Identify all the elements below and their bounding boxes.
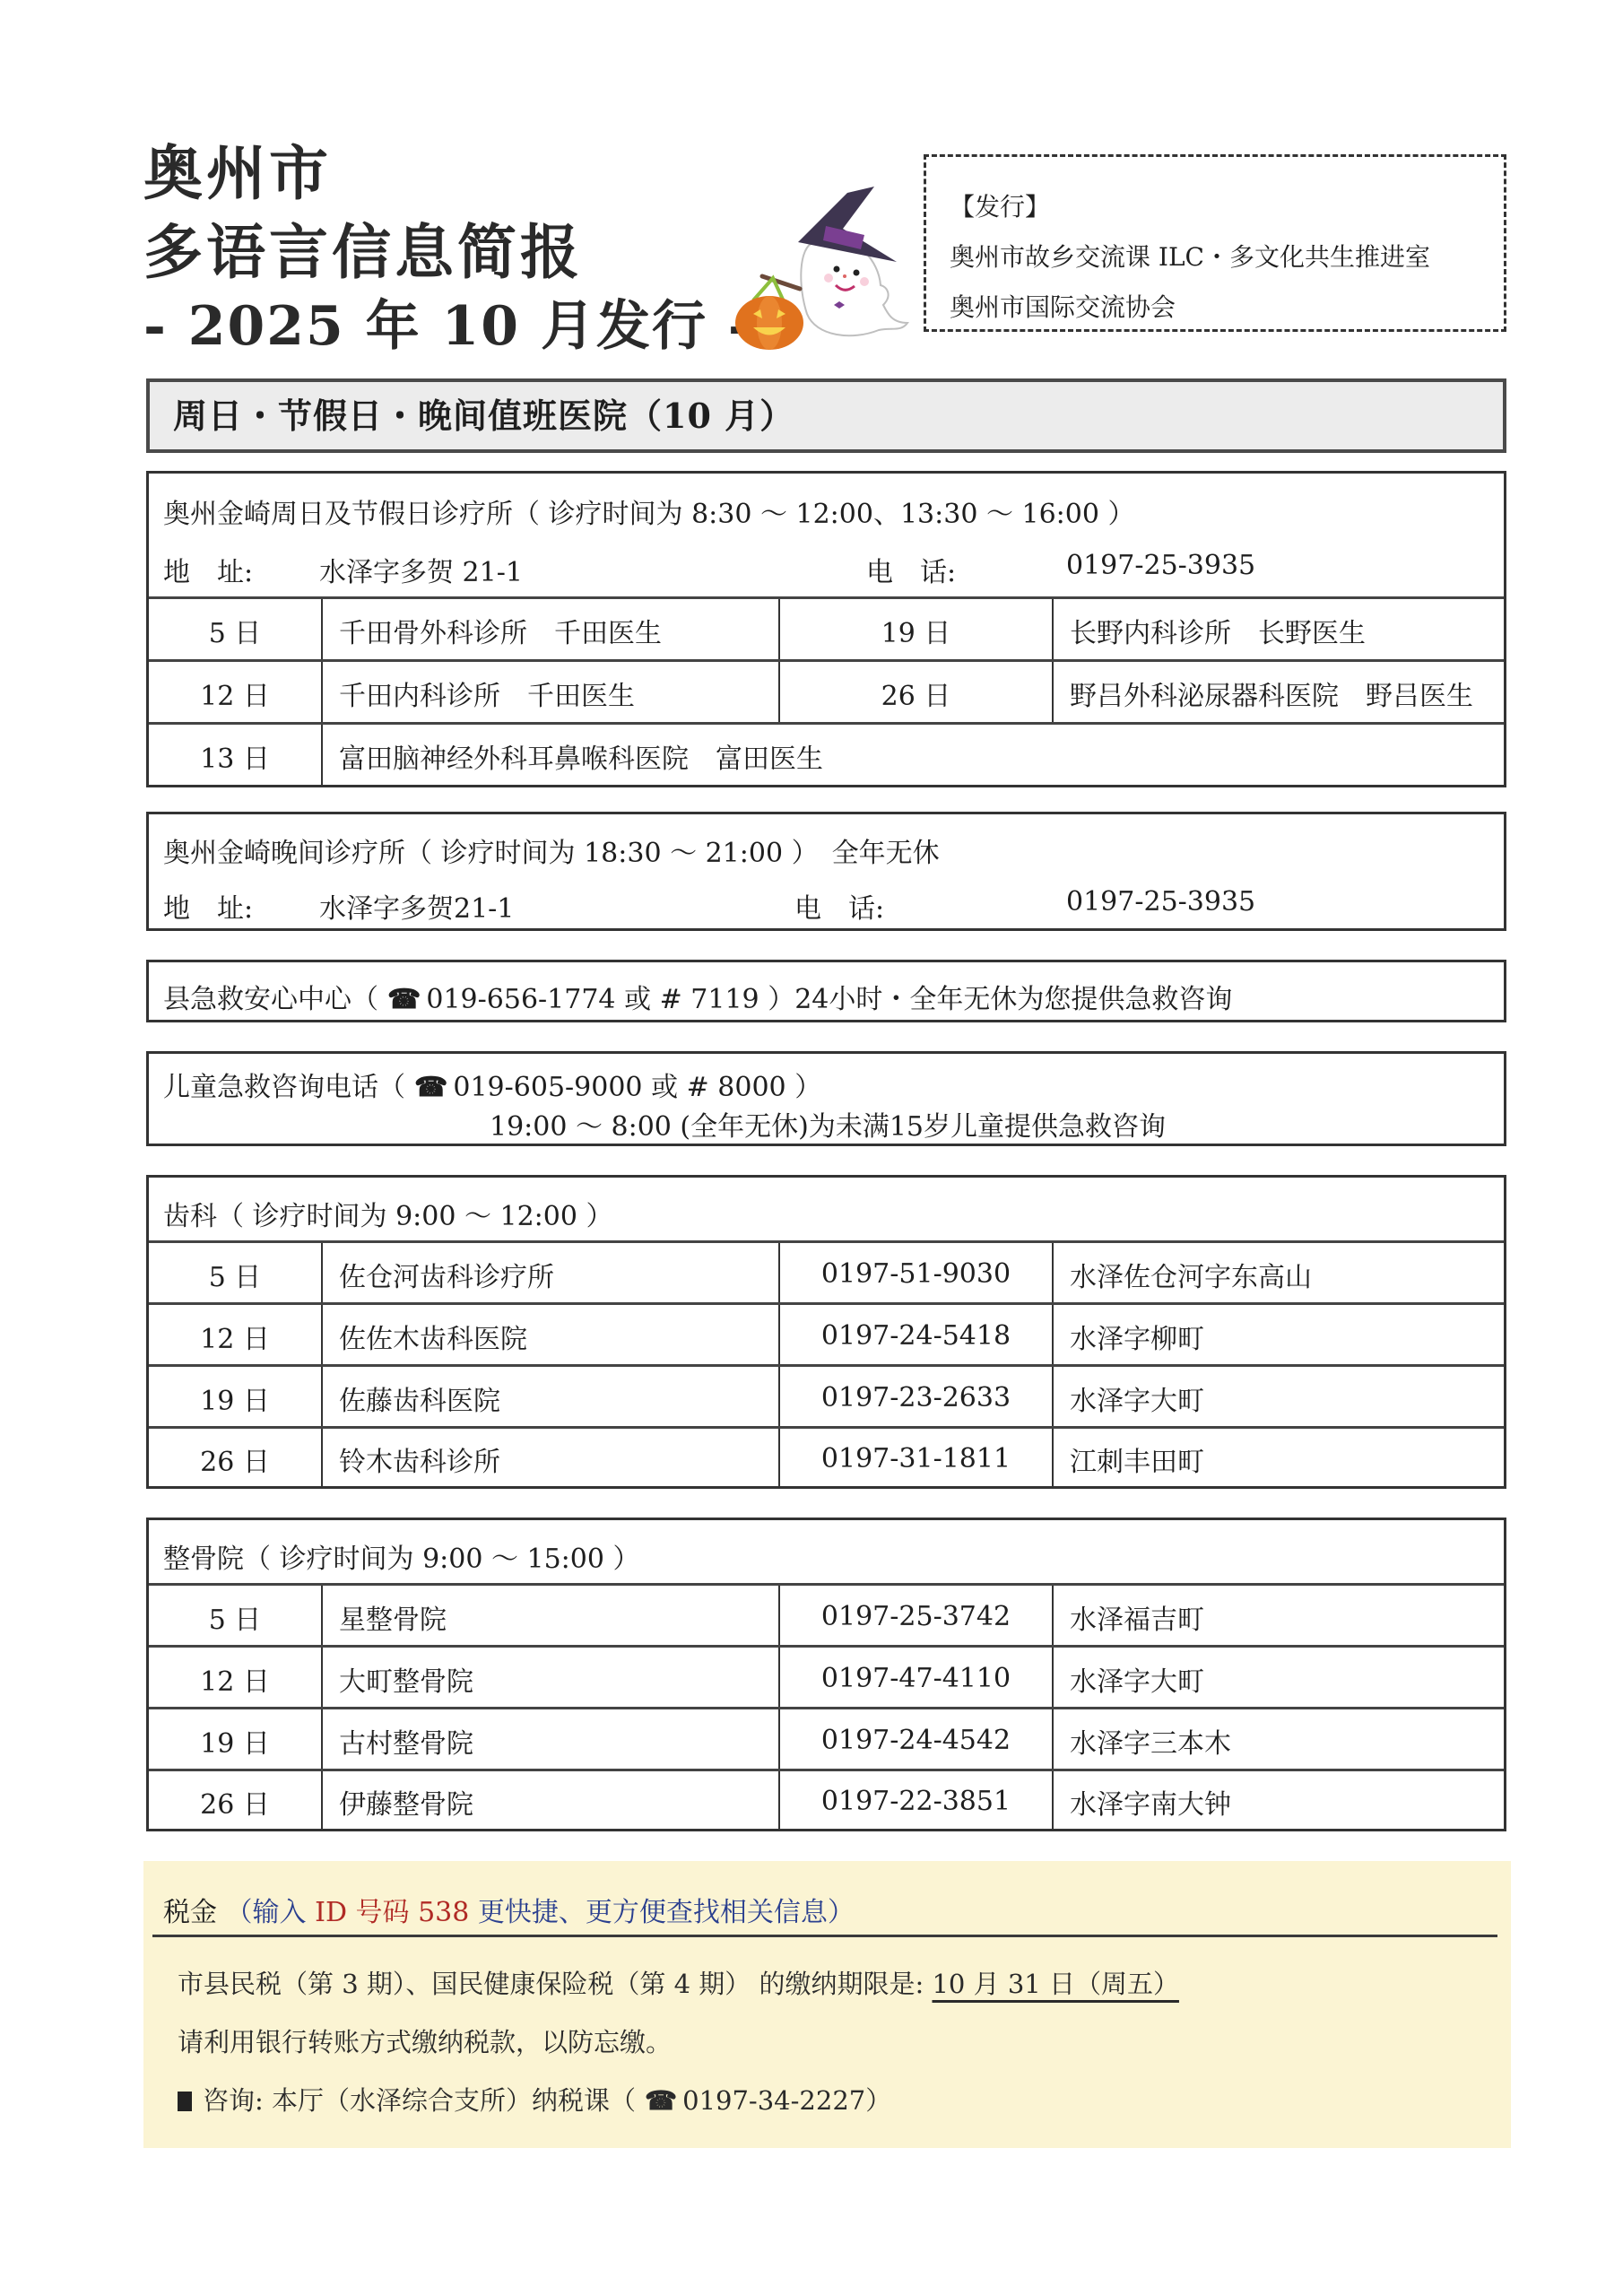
halloween-ghost-illustration <box>708 179 915 350</box>
phone-cell: 0197-23-2633 <box>778 1367 1052 1429</box>
publisher-org-ilc: 奥州市故乡交流课 ILC・多文化共生推进室 <box>950 232 1480 283</box>
table-row: 26 日 伊藤整骨院 0197-22-3851 水泽字南大钟 <box>149 1769 1504 1831</box>
address-cell: 水泽字大町 <box>1052 1367 1504 1429</box>
address-cell: 水泽福吉町 <box>1052 1586 1504 1648</box>
day-cell: 12 日 <box>149 1648 321 1709</box>
night-clinic-box: 奥州金崎晚间诊疗所（ 诊疗时间为 18:30 ～ 21:00 ） 全年无休 地 … <box>146 812 1506 931</box>
telephone-icon: ☎ <box>387 984 421 1015</box>
night-clinic-address-label: 地 址: <box>163 886 253 926</box>
child-emergency-close: ） <box>794 1072 821 1103</box>
child-emergency-short: # 8000 <box>687 1072 786 1103</box>
day-cell: 5 日 <box>149 1586 321 1648</box>
phone-cell: 0197-25-3742 <box>778 1586 1052 1648</box>
child-emergency-name: 儿童急救咨询电话（ <box>163 1072 405 1103</box>
table-row: 12 日 千田内科诊所 千田医生 26 日 野吕外科泌尿器科医院 野吕医生 <box>149 659 1504 725</box>
table-row: 12 日 佐佐木齿科医院 0197-24-5418 水泽字柳町 <box>149 1302 1504 1367</box>
publisher-label: 【发行】 <box>950 182 1480 232</box>
phone-cell: 0197-31-1811 <box>778 1429 1052 1489</box>
table-row: 19 日 古村整骨院 0197-24-4542 水泽字三本木 <box>149 1707 1504 1771</box>
day-cell: 19 日 <box>149 1709 321 1771</box>
tax-contact-line: 咨询: 本厅（水泽综合支所）纳税课（☎0197-34-2227） <box>178 2081 891 2118</box>
name-cell: 铃木齿科诊所 <box>321 1429 778 1489</box>
table-row: 13 日 富田脑神经外科耳鼻喉科医院 富田医生 <box>149 722 1504 787</box>
tax-hint-open: （输入 <box>226 1897 307 1928</box>
address-cell: 水泽佐仓河字东高山 <box>1052 1243 1504 1305</box>
bonesetter-box: 整骨院（ 诊疗时间为 9:00 ～ 15:00 ） 5 日 星整骨院 0197-… <box>146 1518 1506 1831</box>
name-cell: 佐佐木齿科医院 <box>321 1305 778 1367</box>
emergency-center-box: 县急救安心中心（☎019-656-1774 或 # 7119 ）24小时・全年无… <box>146 960 1506 1022</box>
title-city: 奥州市 <box>143 126 332 211</box>
section-title: 周日・节假日・晚间值班医院（10 月） <box>146 378 1506 453</box>
tax-title-line: 税金 （输入 ID 号码 538 更快捷、更方便查找相关信息） <box>163 1890 855 1929</box>
child-emergency-or: 或 <box>651 1072 678 1103</box>
tax-contact-close: ） <box>865 2085 891 2116</box>
name-cell: 大町整骨院 <box>321 1648 778 1709</box>
emergency-center-line: 县急救安心中心（☎019-656-1774 或 # 7119 ）24小时・全年无… <box>163 977 1232 1016</box>
emergency-center-name: 县急救安心中心（ <box>163 984 378 1015</box>
night-clinic-phone: 0197-25-3935 <box>1066 886 1255 918</box>
publisher-box: 【发行】 奥州市故乡交流课 ILC・多文化共生推进室 奥州市国际交流协会 <box>924 154 1506 332</box>
name-cell: 星整骨院 <box>321 1586 778 1648</box>
child-emergency-phone: 019-605-9000 <box>453 1072 642 1103</box>
phone-cell: 0197-24-5418 <box>778 1305 1052 1367</box>
telephone-icon: ☎ <box>414 1072 447 1103</box>
name-cell: 伊藤整骨院 <box>321 1771 778 1831</box>
tax-contact-phone: 0197-34-2227 <box>682 2085 865 2116</box>
night-clinic-title: 奥州金崎晚间诊疗所（ 诊疗时间为 18:30 ～ 21:00 ） 全年无休 <box>163 831 940 870</box>
address-cell: 水泽字南大钟 <box>1052 1771 1504 1831</box>
phone-cell: 0197-51-9030 <box>778 1243 1052 1305</box>
day-cell: 12 日 <box>149 662 321 725</box>
name-cell: 佐藤齿科医院 <box>321 1367 778 1429</box>
name-cell: 古村整骨院 <box>321 1709 778 1771</box>
day-cell: 19 日 <box>778 599 1052 662</box>
clinic-cell: 千田内科诊所 千田医生 <box>321 662 778 725</box>
phone-cell: 0197-47-4110 <box>778 1648 1052 1709</box>
phone-cell: 0197-24-4542 <box>778 1709 1052 1771</box>
holiday-clinic-box: 奥州金崎周日及节假日诊疗所（ 诊疗时间为 8:30 ～ 12:00、13:30 … <box>146 471 1506 787</box>
emergency-center-short: # 7119 <box>660 984 759 1015</box>
dental-box: 齿科（ 诊疗时间为 9:00 ～ 12:00 ） 5 日 佐仓河齿科诊疗所 01… <box>146 1175 1506 1489</box>
clinic-cell: 千田骨外科诊所 千田医生 <box>321 599 778 662</box>
title-newsletter: 多语言信息简报 <box>143 204 583 290</box>
tax-section: 税金 （输入 ID 号码 538 更快捷、更方便查找相关信息） 市县民税（第 3… <box>143 1861 1511 2148</box>
tax-title: 税金 <box>163 1897 217 1928</box>
day-cell: 5 日 <box>149 599 321 662</box>
telephone-icon: ☎ <box>645 2085 677 2116</box>
address-cell: 江刺丰田町 <box>1052 1429 1504 1489</box>
child-emergency-box: 儿童急救咨询电话（☎019-605-9000 或 # 8000 ） 19:00 … <box>146 1051 1506 1146</box>
holiday-clinic-title: 奥州金崎周日及节假日诊疗所（ 诊疗时间为 8:30 ～ 12:00、13:30 … <box>163 491 1135 531</box>
table-row: 5 日 佐仓河齿科诊疗所 0197-51-9030 水泽佐仓河字东高山 <box>149 1240 1504 1305</box>
day-cell: 12 日 <box>149 1305 321 1367</box>
tax-hint-id: ID 号码 538 <box>315 1897 469 1928</box>
day-cell: 19 日 <box>149 1367 321 1429</box>
clinic-cell: 富田脑神经外科耳鼻喉科医院 富田医生 <box>321 725 1504 787</box>
address-cell: 水泽字柳町 <box>1052 1305 1504 1367</box>
tax-deadline-date: 10 月 31 日（周五） <box>932 1969 1178 1999</box>
table-row: 26 日 铃木齿科诊所 0197-31-1811 江刺丰田町 <box>149 1426 1504 1489</box>
day-cell: 26 日 <box>778 662 1052 725</box>
bonesetter-title: 整骨院（ 诊疗时间为 9:00 ～ 15:00 ） <box>163 1536 640 1576</box>
table-row: 5 日 千田骨外科诊所 千田医生 19 日 长野内科诊所 长野医生 <box>149 596 1504 662</box>
tax-divider <box>152 1935 1497 1937</box>
dental-title: 齿科（ 诊疗时间为 9:00 ～ 12:00 ） <box>163 1194 613 1233</box>
day-cell: 26 日 <box>149 1429 321 1489</box>
tax-contact-text: 咨询: 本厅（水泽综合支所）纳税课（ <box>203 2085 636 2116</box>
publisher-org-association: 奥州市国际交流协会 <box>950 283 1480 333</box>
holiday-clinic-address: 水泽字多贺 21-1 <box>319 550 523 589</box>
emergency-center-or: 或 <box>624 984 651 1015</box>
clinic-cell: 野吕外科泌尿器科医院 野吕医生 <box>1052 662 1504 725</box>
emergency-center-phone: 019-656-1774 <box>426 984 615 1015</box>
bullet-square-icon <box>178 2092 192 2111</box>
holiday-clinic-phone: 0197-25-3935 <box>1066 550 1255 581</box>
ghost-pumpkin-icon <box>708 179 915 350</box>
address-cell: 水泽字三本木 <box>1052 1709 1504 1771</box>
emergency-center-desc: ）24小时・全年无休为您提供急救咨询 <box>768 984 1232 1015</box>
tax-deadline-text: 市县民税（第 3 期）、国民健康保险税（第 4 期） 的缴纳期限是: <box>178 1969 924 1999</box>
tax-deadline-line: 市县民税（第 3 期）、国民健康保险税（第 4 期） 的缴纳期限是: 10 月 … <box>178 1964 1179 2001</box>
phone-cell: 0197-22-3851 <box>778 1771 1052 1831</box>
name-cell: 佐仓河齿科诊疗所 <box>321 1243 778 1305</box>
holiday-clinic-address-label: 地 址: <box>163 550 253 589</box>
tax-bank-transfer-note: 请利用银行转账方式缴纳税款，以防忘缴。 <box>178 2022 672 2059</box>
table-row: 19 日 佐藤齿科医院 0197-23-2633 水泽字大町 <box>149 1364 1504 1429</box>
day-cell: 13 日 <box>149 725 321 787</box>
address-cell: 水泽字大町 <box>1052 1648 1504 1709</box>
clinic-cell: 长野内科诊所 长野医生 <box>1052 599 1504 662</box>
table-row: 12 日 大町整骨院 0197-47-4110 水泽字大町 <box>149 1645 1504 1709</box>
child-emergency-hours: 19:00 ～ 8:00 (全年无休)为未满15岁儿童提供急救咨询 <box>490 1104 1166 1144</box>
day-cell: 5 日 <box>149 1243 321 1305</box>
table-row: 5 日 星整骨院 0197-25-3742 水泽福吉町 <box>149 1583 1504 1648</box>
night-clinic-address: 水泽字多贺21-1 <box>319 886 514 926</box>
day-cell: 26 日 <box>149 1771 321 1831</box>
title-issue-date: - 2025 年 10 月发行 - <box>143 283 752 361</box>
child-emergency-line1: 儿童急救咨询电话（☎019-605-9000 或 # 8000 ） <box>163 1065 821 1104</box>
holiday-clinic-phone-label: 电 话: <box>866 550 956 589</box>
night-clinic-phone-label: 电 话: <box>794 886 884 926</box>
tax-hint-close: 更快捷、更方便查找相关信息） <box>478 1897 855 1928</box>
